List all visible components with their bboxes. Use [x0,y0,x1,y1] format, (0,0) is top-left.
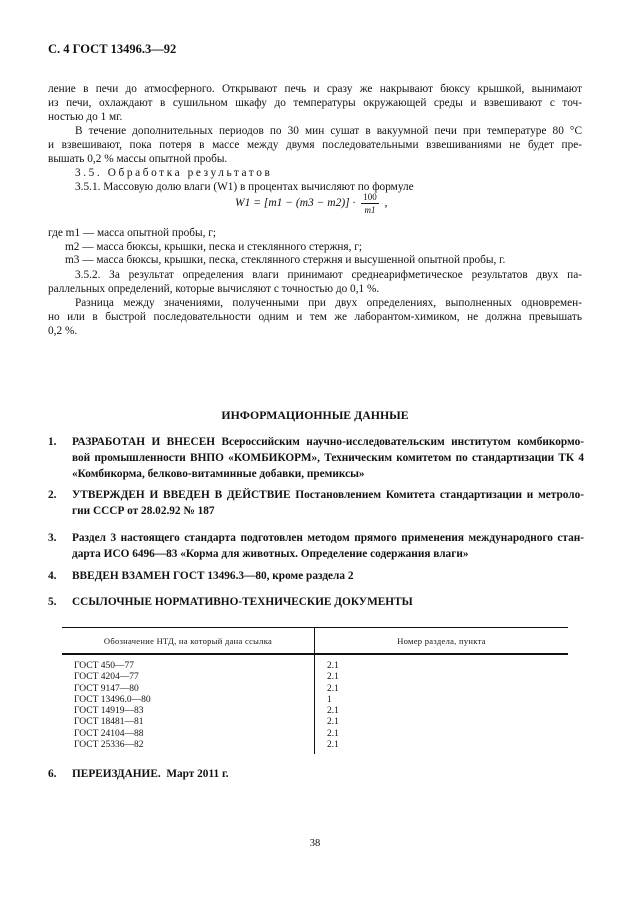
legend-m2: m2 — масса бюксы, крышки, песка и стекля… [48,241,582,255]
text-line: и взвешивают, пока потеря в массе между … [48,138,582,152]
info-section-title: ИНФОРМАЦИОННЫЕ ДАННЫЕ [0,408,630,423]
text-line: раллельных определений, которые вычисляю… [48,282,582,296]
table-row: ГОСТ 9147—802.1 [62,684,568,695]
column-header-section: Номер раздела, пункта [315,628,569,655]
item-number: 6. [48,766,56,782]
info-item-3: 3. Раздел 3 настоящего стандарта подгото… [48,530,584,562]
cell-section: 2.1 [315,717,569,728]
reference-documents-table: Обозначение НТД, на который дана ссылка … [62,627,568,754]
cell-section: 2.1 [315,672,569,683]
paragraph-continuation: ление в печи до атмосферного. Открывают … [48,82,582,124]
text-line: УТВЕРЖДЕН И ВВЕДЕН В ДЕЙСТВИЕ Постановле… [72,487,584,503]
item-number: 4. [48,568,56,584]
table-row: ГОСТ 450—772.1 [62,654,568,672]
text-line: «Комбикорма, белково-витаминные добавки,… [72,466,584,482]
table-row: ГОСТ 13496.0—801 [62,695,568,706]
cell-designation: ГОСТ 14919—83 [62,706,315,717]
cell-section: 2.1 [315,684,569,695]
text-line: вышать 0,2 % массы опытной пробы. [48,152,582,166]
cell-designation: ГОСТ 4204—77 [62,672,315,683]
page-header: С. 4 ГОСТ 13496.3—92 [48,42,176,57]
item-text: РАЗРАБОТАН И ВНЕСЕН Всероссийским научно… [72,434,584,482]
text-line: Разница между значениями, полученными пр… [48,296,582,310]
text-line: Раздел 3 настоящего стандарта подготовле… [72,530,584,546]
info-item-6: 6. ПЕРЕИЗДАНИЕ. Март 2011 г. [48,766,584,782]
table-row: ГОСТ 18481—812.1 [62,717,568,728]
item-number: 2. [48,487,56,503]
cell-section: 2.1 [315,740,569,754]
moisture-formula: W1 = [m1 − (m3 − m2)] · 100 m1 , [235,192,388,215]
table-row: ГОСТ 4204—772.1 [62,672,568,683]
info-item-1: 1. РАЗРАБОТАН И ВНЕСЕН Всероссийским нау… [48,434,584,482]
text-line: 0,2 %. [48,324,582,338]
legend-m3: m3 — масса бюксы, крышки, песка, стеклян… [48,254,582,268]
formula-denominator: m1 [361,204,379,215]
table-row: ГОСТ 14919—832.1 [62,706,568,717]
item-number: 3. [48,530,56,546]
item-text: ССЫЛОЧНЫЕ НОРМАТИВНО-ТЕХНИЧЕСКИЕ ДОКУМЕН… [72,594,584,610]
info-item-5: 5. ССЫЛОЧНЫЕ НОРМАТИВНО-ТЕХНИЧЕСКИЕ ДОКУ… [48,594,584,610]
cell-designation: ГОСТ 9147—80 [62,684,315,695]
cell-designation: ГОСТ 13496.0—80 [62,695,315,706]
text-line: РАЗРАБОТАН И ВНЕСЕН Всероссийским научно… [72,434,584,450]
text-line: из печи, охлаждают в сушильном шкафу до … [48,96,582,110]
text-line: В течение дополнительных периодов по 30 … [48,124,582,138]
cell-designation: ГОСТ 18481—81 [62,717,315,728]
formula-lhs: W1 = [m1 − (m3 − m2)] · [235,197,355,209]
cell-designation: ГОСТ 25336—82 [62,740,315,754]
section-3-5-heading: 3.5. Обработка результатов [48,166,582,180]
table-row: ГОСТ 24104—882.1 [62,729,568,740]
section-title: 3.5. Обработка результатов [75,167,272,179]
text-line: ление в печи до атмосферного. Открывают … [48,82,582,96]
paragraph-difference: Разница между значениями, полученными пр… [48,296,582,338]
cell-designation: ГОСТ 450—77 [62,654,315,672]
text-line: дарта ИСО 6496—83 «Корма для животных. О… [72,546,584,562]
section-3-5-2: 3.5.2. За результат определения влаги пр… [48,268,582,296]
item-text: ВВЕДЕН ВЗАМЕН ГОСТ 13496.3—80, кроме раз… [72,568,584,584]
item-text: УТВЕРЖДЕН И ВВЕДЕН В ДЕЙСТВИЕ Постановле… [72,487,584,519]
formula-tail: , [385,197,388,209]
text-line: ностью до 1 мг. [48,110,582,124]
info-item-2: 2. УТВЕРЖДЕН И ВВЕДЕН В ДЕЙСТВИЕ Постано… [48,487,584,519]
table-row: ГОСТ 25336—822.1 [62,740,568,754]
formula-numerator: 100 [361,192,379,204]
cell-section: 2.1 [315,654,569,672]
text-line: гии СССР от 28.02.92 № 187 [72,503,584,519]
text-line: 3.5.2. За результат определения влаги пр… [48,268,582,282]
cell-designation: ГОСТ 24104—88 [62,729,315,740]
table-header-row: Обозначение НТД, на который дана ссылка … [62,628,568,655]
info-item-4: 4. ВВЕДЕН ВЗАМЕН ГОСТ 13496.3—80, кроме … [48,568,584,584]
legend-m1: где m1 — масса опытной пробы, г; [48,227,582,241]
formula-fraction: 100 m1 [361,192,379,215]
item-text: ПЕРЕИЗДАНИЕ. Март 2011 г. [72,766,584,782]
cell-section: 2.1 [315,706,569,717]
page-number: 38 [0,838,630,849]
cell-section: 1 [315,695,569,706]
formula-legend: где m1 — масса опытной пробы, г; m2 — ма… [48,227,582,268]
item-text: Раздел 3 настоящего стандарта подготовле… [72,530,584,562]
item-number: 5. [48,594,56,610]
cell-section: 2.1 [315,729,569,740]
text-line: вой промышленности ВНПО «КОМБИКОРМ», Тех… [72,450,584,466]
text-line: но или в быстрой последовательности одни… [48,310,582,324]
paragraph-drying: В течение дополнительных периодов по 30 … [48,124,582,166]
item-number: 1. [48,434,56,450]
column-header-designation: Обозначение НТД, на который дана ссылка [62,628,315,655]
